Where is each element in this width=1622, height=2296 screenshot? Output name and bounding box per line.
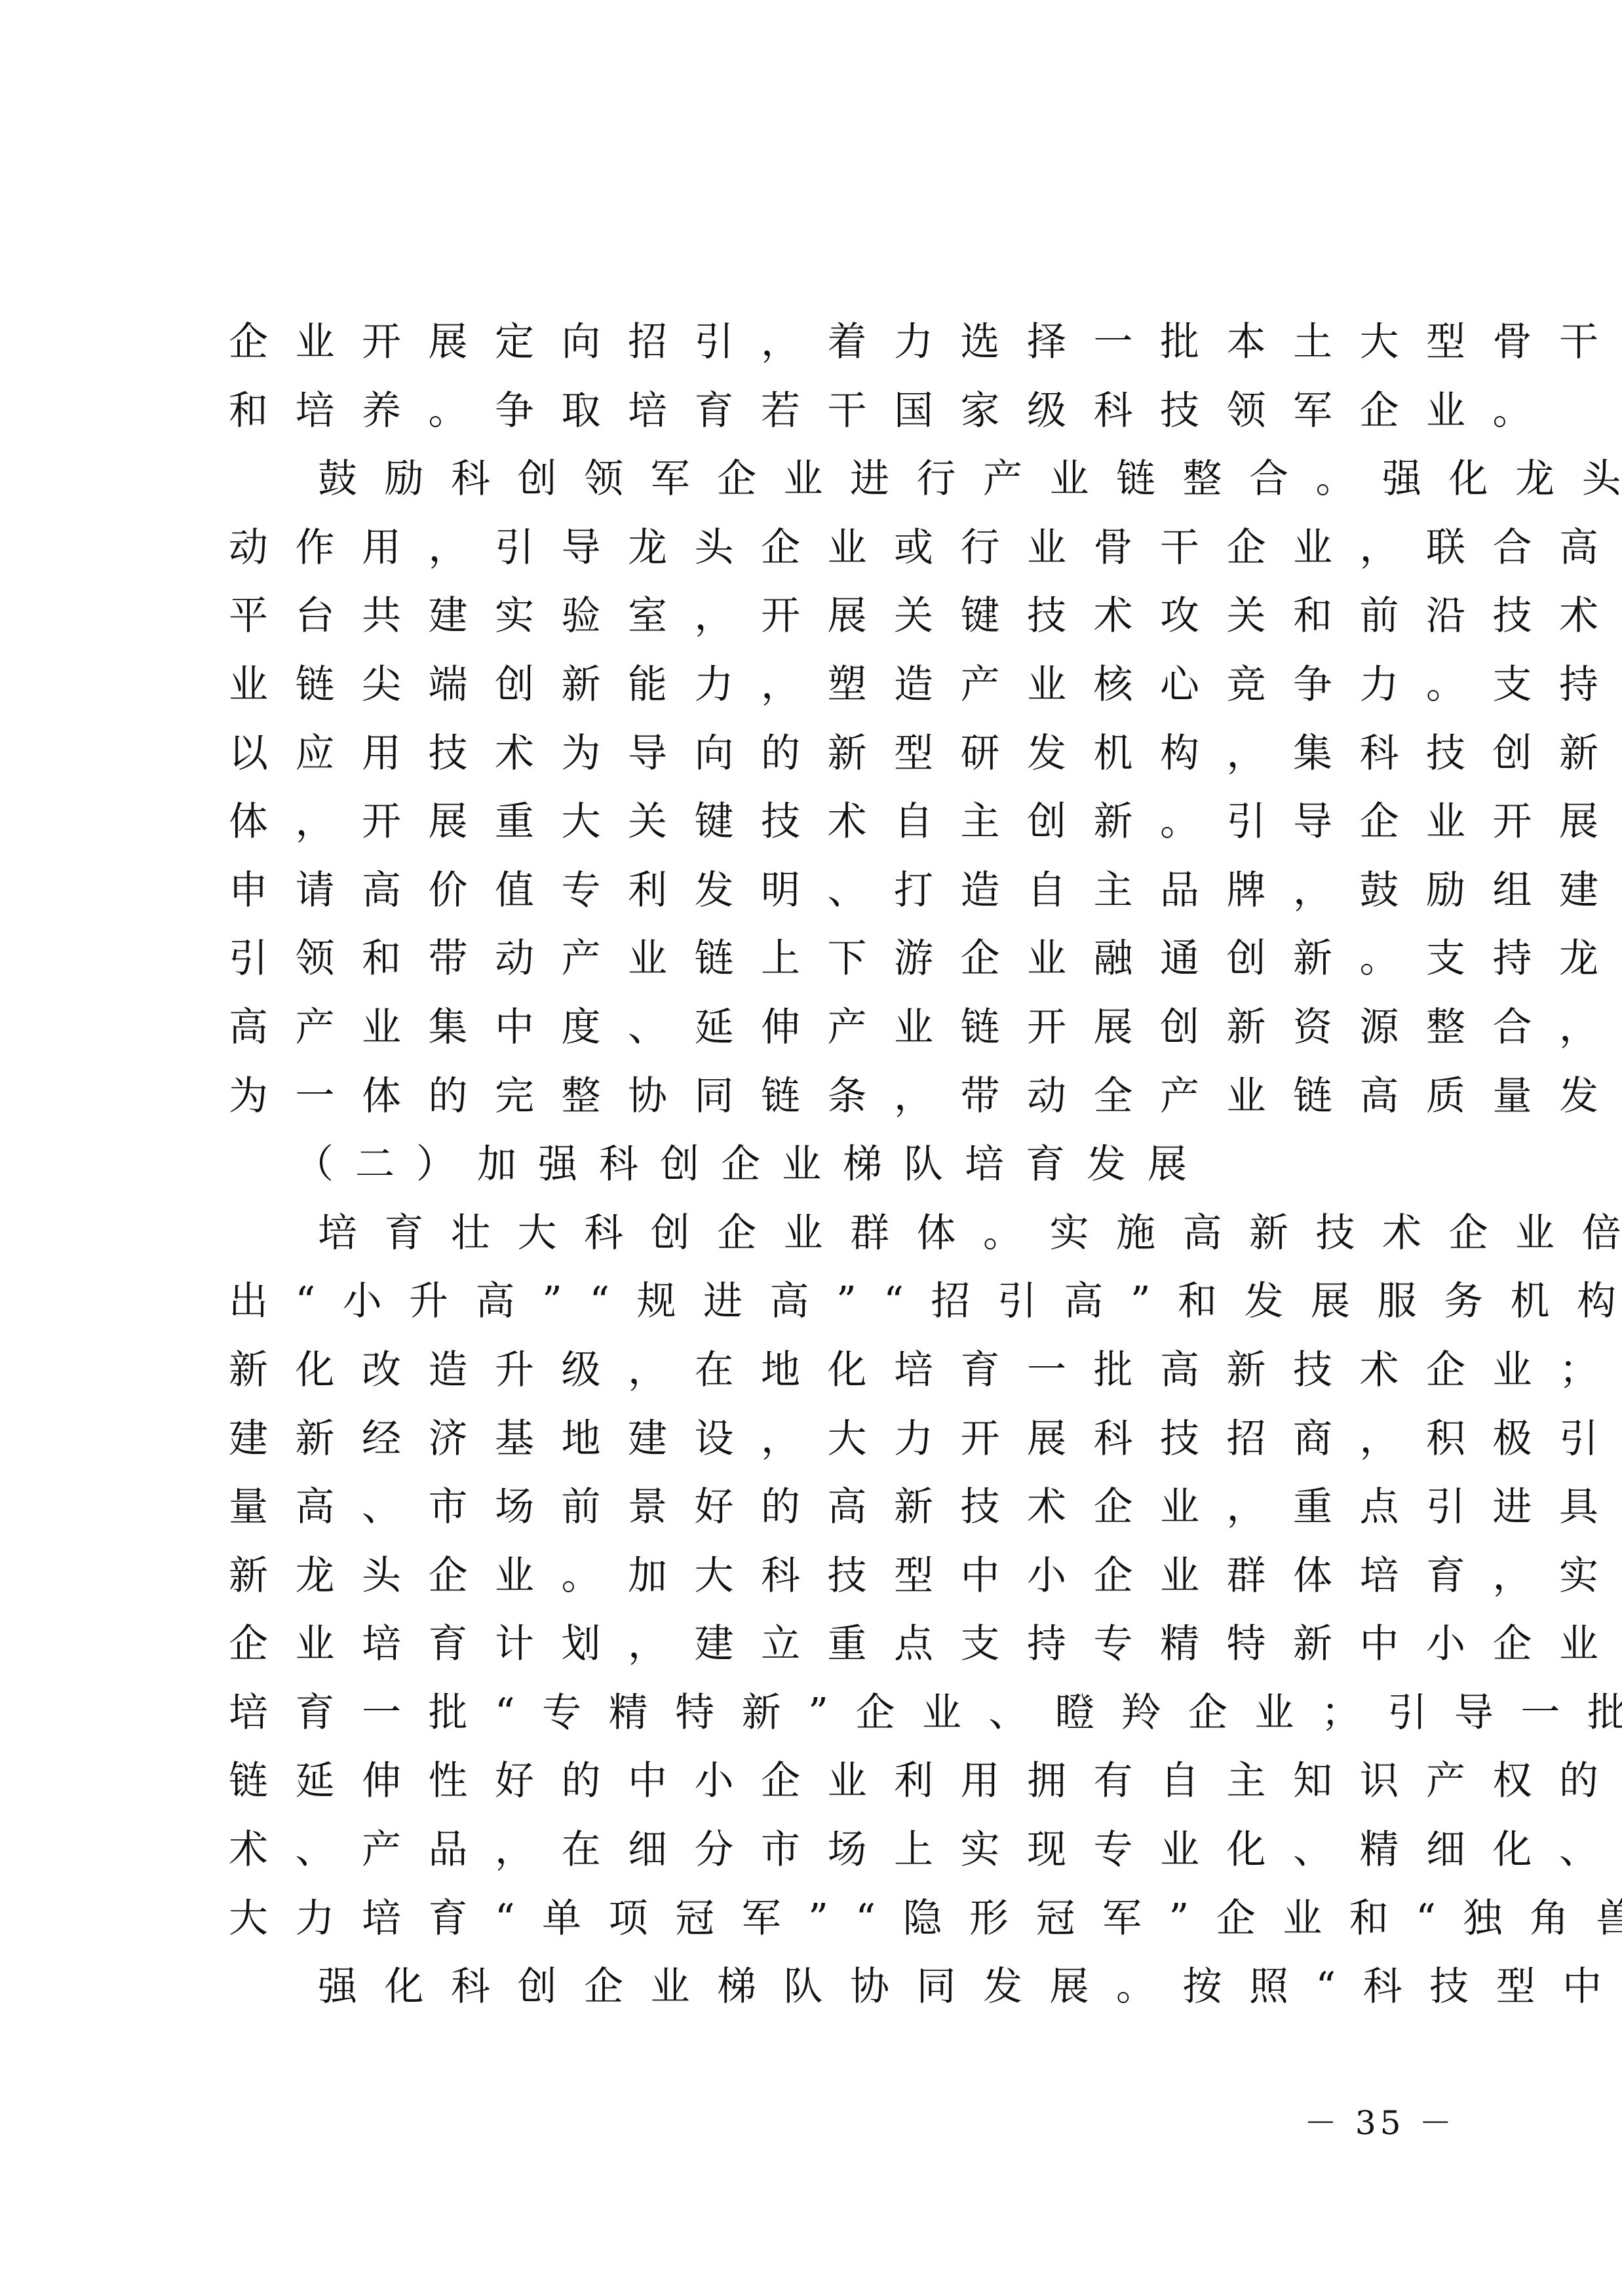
text-line: 链延伸性好的中小企业利用拥有自主知识产权的关键工艺、技: [229, 1747, 1435, 1816]
text-line: 体，开展重大关键技术自主创新。引导企业开展产业标准制定、: [229, 788, 1435, 856]
text-line: 动作用，引导龙头企业或行业骨干企业，联合高校院所、创新: [229, 514, 1435, 583]
text-line: 企业培育计划，建立重点支持专精特新中小企业融资名单库，: [229, 1610, 1435, 1679]
text-line: 大力培育“单项冠军”“隐形冠军”企业和“独角兽”企业。: [229, 1885, 1435, 1953]
paragraph-first-line: 鼓励科创领军企业进行产业链整合。强化龙头企业示范带: [229, 445, 1435, 514]
text-line: 申请高价值专利发明、打造自主品牌，鼓励组建创新联合体，: [229, 856, 1435, 925]
text-line: 和培养。争取培育若干国家级科技领军企业。: [229, 377, 1435, 446]
text-line: 引领和带动产业链上下游企业融通创新。支持龙头企业围绕提: [229, 925, 1435, 993]
section-heading: （二）加强科创企业梯队培育发展: [229, 1130, 1435, 1199]
text-line: 出“小升高”“规进高”“招引高”和发展服务机构，引导传统企业高: [229, 1267, 1435, 1336]
text-line: 以应用技术为导向的新型研发机构，集科技创新与产业化于一: [229, 719, 1435, 788]
text-line: 培育一批“专精特新”企业、瞪羚企业；引导一批成长性好、产业: [229, 1679, 1435, 1748]
text-line: 量高、市场前景好的高新技术企业，重点引进具有引领性的高: [229, 1473, 1435, 1542]
paragraph-first-line: 强化科创企业梯队协同发展。按照“科技型中小企业—科技: [229, 1953, 1435, 2021]
text-line: 高产业集中度、延伸产业链开展创新资源整合，形成产学研用: [229, 993, 1435, 1062]
text-line: 企业开展定向招引，着力选择一批本土大型骨干企业重点扶持: [229, 308, 1435, 377]
text-line: 业链尖端创新能力，塑造产业核心竞争力。支持领军企业设立: [229, 651, 1435, 719]
document-body: 企业开展定向招引，着力选择一批本土大型骨干企业重点扶持 和培养。争取培育若干国家…: [229, 308, 1435, 2021]
page-number: － 35 －: [1304, 2097, 1456, 2149]
document-page: 企业开展定向招引，着力选择一批本土大型骨干企业重点扶持 和培养。争取培育若干国家…: [0, 0, 1622, 2296]
text-line: 新化改造升级，在地化培育一批高新技术企业；结合全市新基: [229, 1336, 1435, 1405]
text-line: 平台共建实验室，开展关键技术攻关和前沿技术探索，提升产: [229, 582, 1435, 651]
paragraph-first-line: 培育壮大科创企业群体。实施高新技术企业倍增工程，突: [229, 1199, 1435, 1268]
text-line: 为一体的完整协同链条，带动全产业链高质量发展。: [229, 1062, 1435, 1131]
text-line: 新龙头企业。加大科技型中小企业群体培育，实施“专精特新”: [229, 1542, 1435, 1611]
text-line: 建新经济基地建设，大力开展科技招商，积极引入一批科技含: [229, 1405, 1435, 1474]
text-line: 术、产品，在细分市场上实现专业化、精细化、高端化发展，: [229, 1816, 1435, 1885]
